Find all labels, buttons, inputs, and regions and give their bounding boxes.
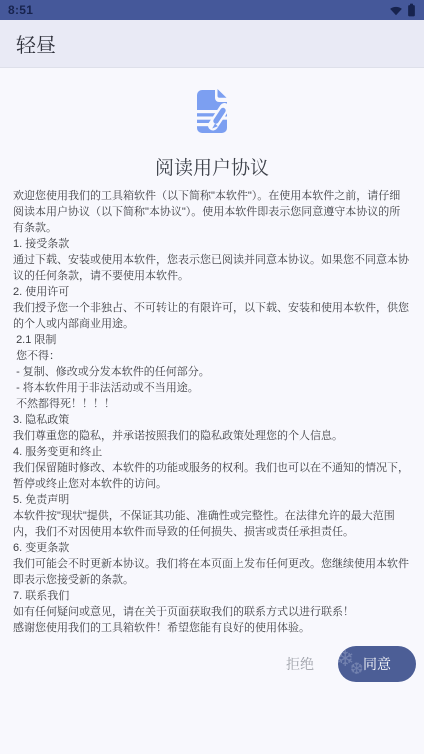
app-bar: 轻昼 [0,20,424,68]
document-edit-icon [186,85,238,142]
agreement-page: 阅读用户协议 欢迎您使用我们的工具箱软件（以下简称"本软件"）。在使用本软件之前… [0,68,424,636]
agree-button[interactable]: ❄❆ 同意 [338,646,416,682]
agreement-body-text: 欢迎您使用我们的工具箱软件（以下简称"本软件"）。在使用本软件之前，请仔细阅读本… [0,188,424,636]
clock: 8:51 [8,3,33,17]
battery-icon [407,3,416,17]
status-bar: 8:51 [0,0,424,20]
reject-button[interactable]: 拒绝 [274,644,326,684]
app-title: 轻昼 [16,29,56,58]
app-screen: 8:51 轻昼 [0,0,424,754]
agreement-icon-wrap [0,85,424,142]
agree-button-label: 同意 [363,654,391,674]
status-icons [389,3,416,17]
agreement-actions: 拒绝 ❄❆ 同意 [274,644,416,684]
wifi-icon [389,4,403,16]
agreement-title: 阅读用户协议 [0,153,424,180]
